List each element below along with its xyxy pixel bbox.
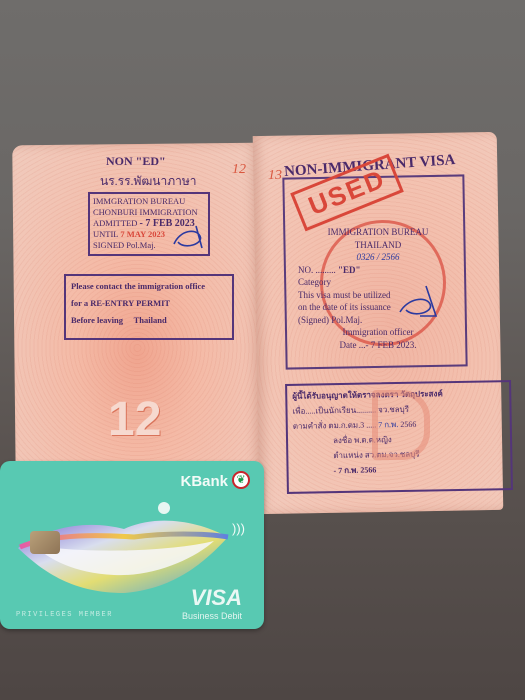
reentry-permit-stamp: Please contact the immigration office fo…: [64, 274, 234, 340]
signature-right: [396, 282, 442, 322]
page-number-right: 13: [268, 168, 282, 184]
signature-left: [170, 222, 210, 252]
card-network: VISA: [191, 585, 242, 611]
school-name-stamp: นร.รร.พัฒนาภาษา: [100, 172, 197, 191]
emv-chip: [30, 531, 60, 554]
kbank-leaf-icon: ❦: [232, 471, 250, 489]
card-member-text: PRIVILEGES MEMBER: [16, 611, 113, 619]
kbank-visa-card: ))) KBank ❦ VISA Business Debit PRIVILEG…: [0, 461, 264, 629]
contactless-icon: ))): [232, 521, 245, 536]
page-watermark-number: 12: [108, 392, 161, 447]
page-number-13-watermark: [372, 390, 430, 460]
non-ed-stamp: NON "ED": [106, 154, 166, 169]
card-type: Business Debit: [182, 611, 242, 621]
page-number-left: 12: [232, 162, 246, 178]
bank-name: KBank: [180, 473, 228, 490]
